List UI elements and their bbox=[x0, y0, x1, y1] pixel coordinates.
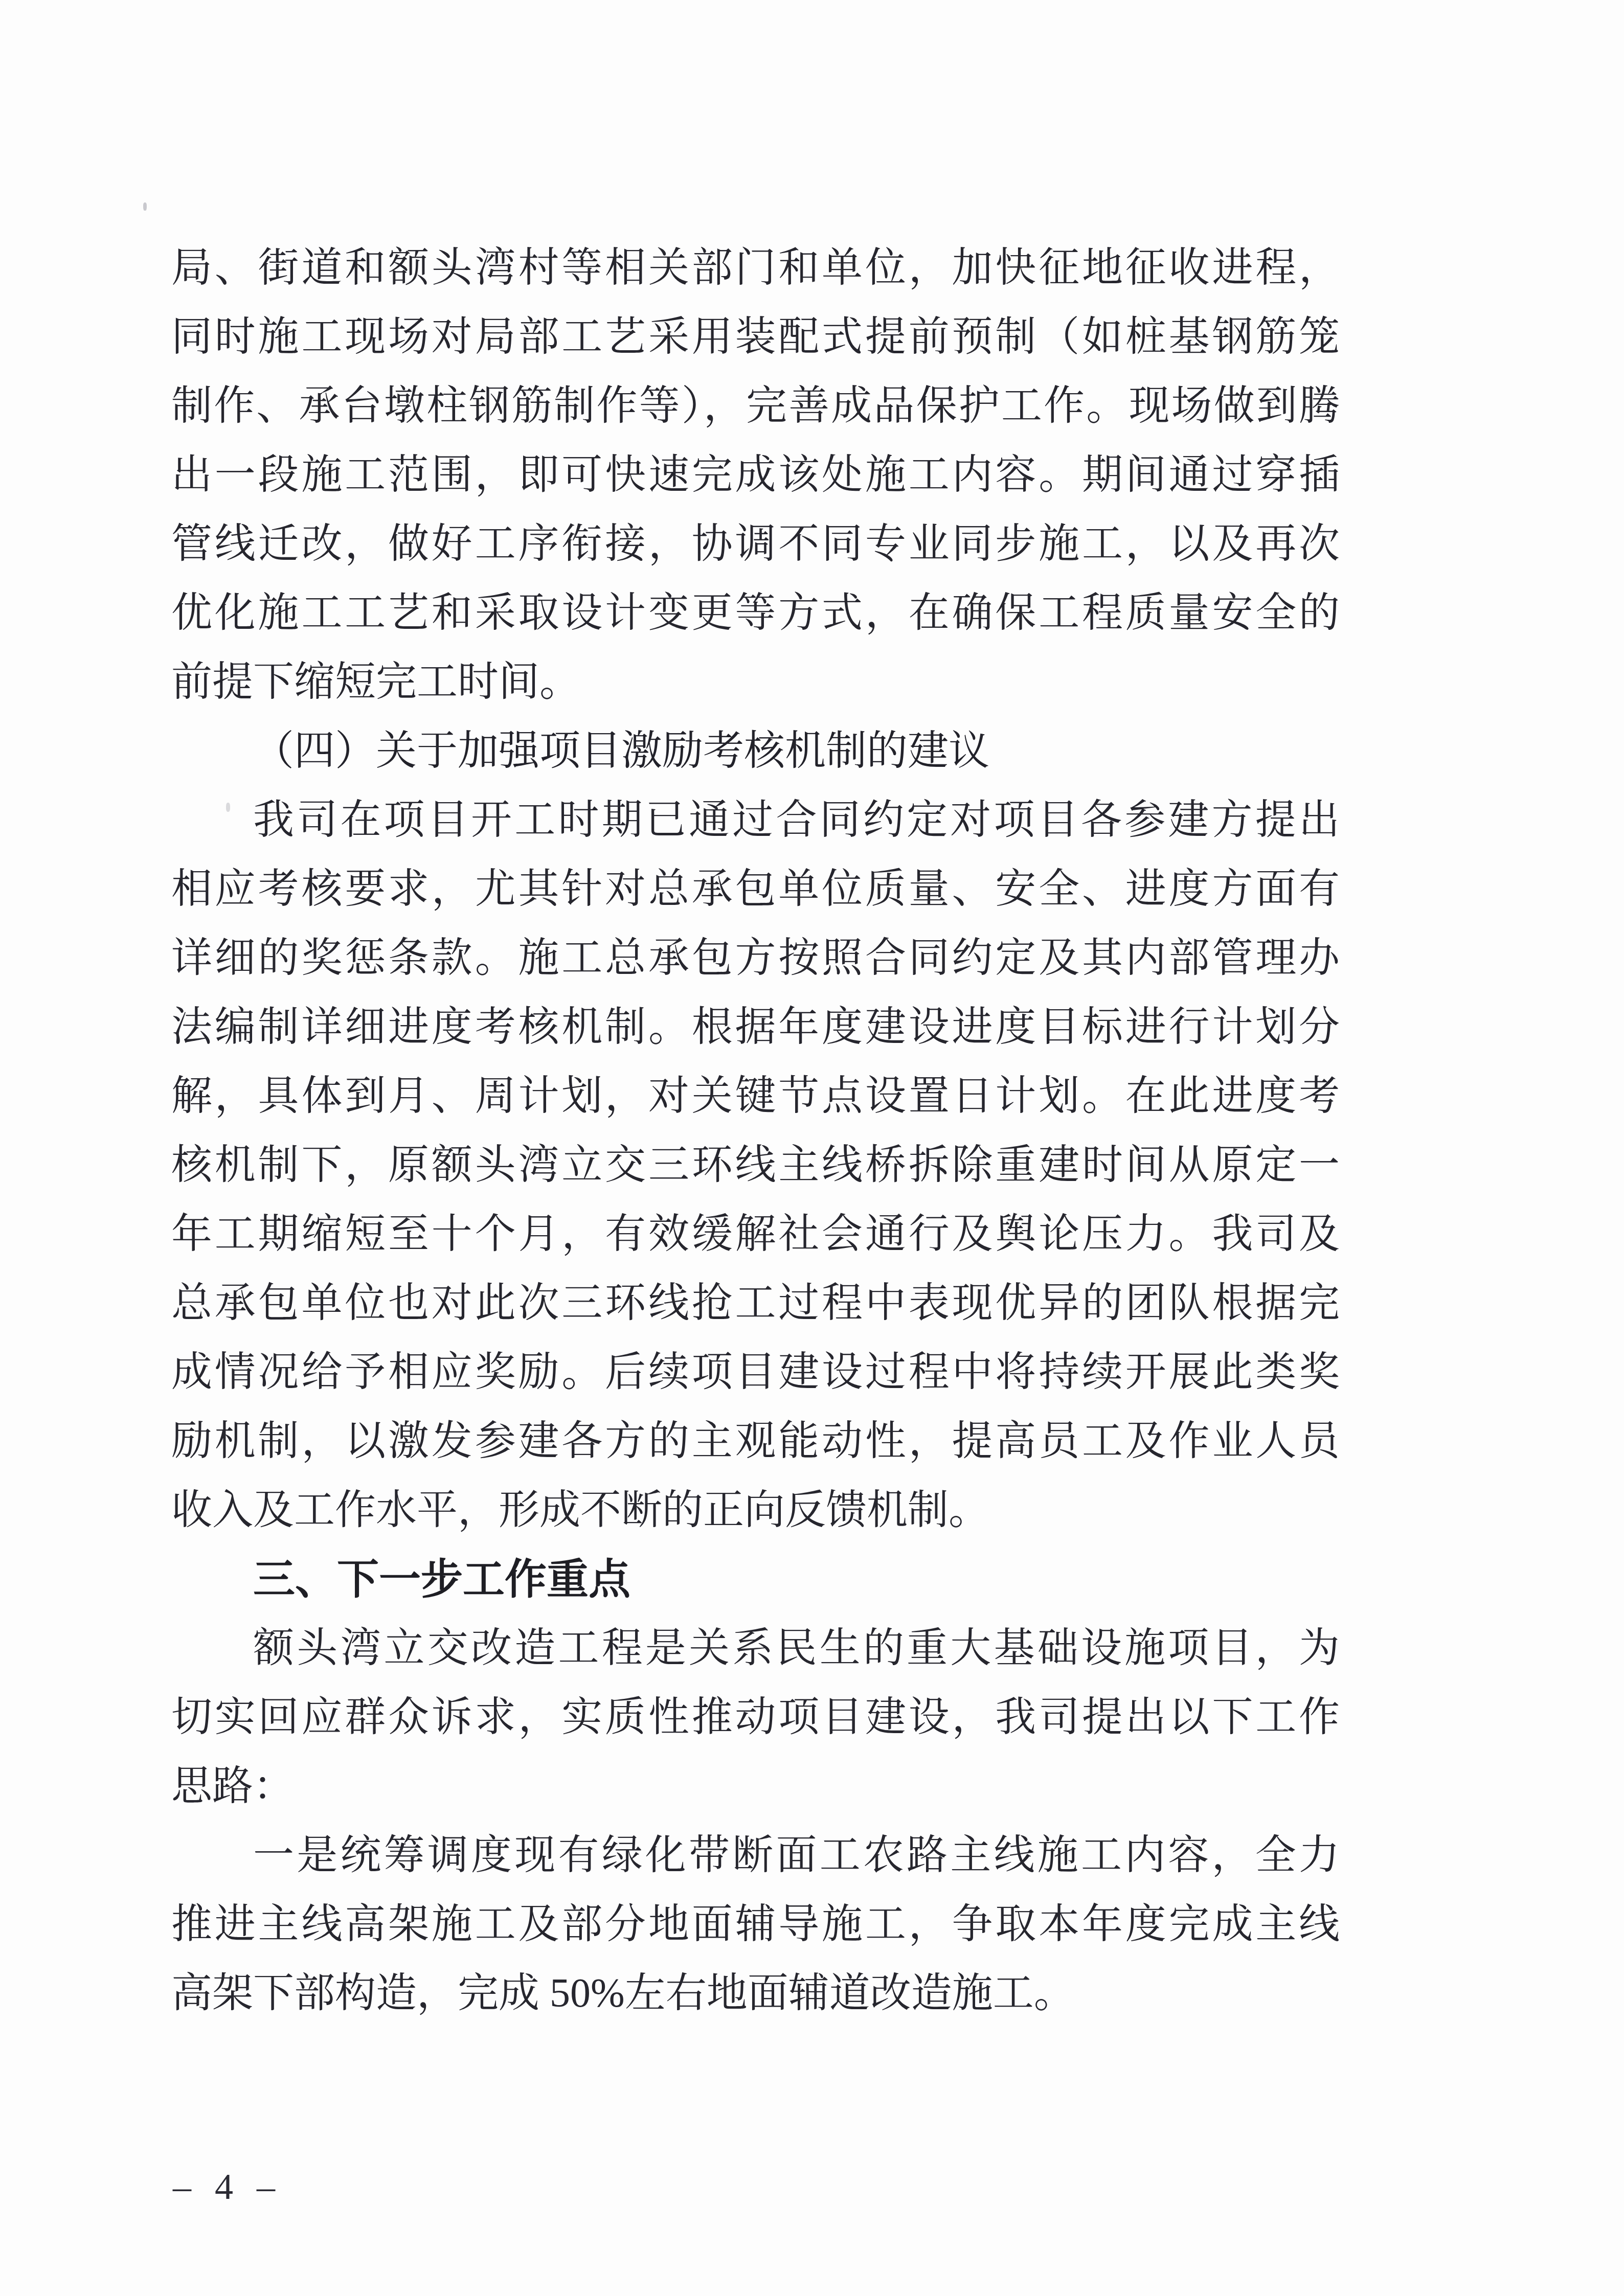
text-line: （四）关于加强项目激励考核机制的建议 bbox=[171, 717, 1340, 786]
text-line: 出一段施工范围，即可快速完成该处施工内容。期间通过穿插 bbox=[171, 441, 1340, 510]
document-content: 局、街道和额头湾村等相关部门和单位，加快征地征收进程，同时施工现场对局部工艺采用… bbox=[171, 234, 1340, 2028]
text-line: 额头湾立交改造工程是关系民生的重大基础设施项目，为 bbox=[171, 1614, 1340, 1683]
text-line: 相应考核要求，尤其针对总承包单位质量、安全、进度方面有 bbox=[171, 855, 1340, 924]
text-line: 励机制，以激发参建各方的主观能动性，提高员工及作业人员 bbox=[171, 1407, 1340, 1476]
text-line: 我司在项目开工时期已通过合同约定对项目各参建方提出 bbox=[171, 786, 1340, 855]
text-line: 切实回应群众诉求，实质性推动项目建设，我司提出以下工作 bbox=[171, 1683, 1340, 1752]
text-line: 一是统筹调度现有绿化带断面工农路主线施工内容，全力 bbox=[171, 1821, 1340, 1890]
text-line: 管线迁改，做好工序衔接，协调不同专业同步施工，以及再次 bbox=[171, 510, 1340, 579]
text-line: 思路： bbox=[171, 1752, 1340, 1821]
text-line: 法编制详细进度考核机制。根据年度建设进度目标进行计划分 bbox=[171, 993, 1340, 1062]
text-line: 年工期缩短至十个月，有效缓解社会通行及舆论压力。我司及 bbox=[171, 1200, 1340, 1269]
text-line: 核机制下，原额头湾立交三环线主线桥拆除重建时间从原定一 bbox=[171, 1131, 1340, 1200]
text-line: 局、街道和额头湾村等相关部门和单位，加快征地征收进程， bbox=[171, 234, 1340, 303]
scan-speck bbox=[143, 202, 147, 211]
text-line: 高架下部构造，完成 50%左右地面辅道改造施工。 bbox=[171, 1959, 1340, 2028]
text-line: 同时施工现场对局部工艺采用装配式提前预制（如桩基钢筋笼 bbox=[171, 303, 1340, 372]
text-line: 前提下缩短完工时间。 bbox=[171, 648, 1340, 717]
text-line: 推进主线高架施工及部分地面辅导施工，争取本年度完成主线 bbox=[171, 1890, 1340, 1959]
text-line: 解，具体到月、周计划，对关键节点设置日计划。在此进度考 bbox=[171, 1062, 1340, 1131]
text-line: 详细的奖惩条款。施工总承包方按照合同约定及其内部管理办 bbox=[171, 924, 1340, 993]
text-line: 优化施工工艺和采取设计变更等方式，在确保工程质量安全的 bbox=[171, 579, 1340, 648]
text-line: 成情况给予相应奖励。后续项目建设过程中将持续开展此类奖 bbox=[171, 1338, 1340, 1407]
document-page: 局、街道和额头湾村等相关部门和单位，加快征地征收进程，同时施工现场对局部工艺采用… bbox=[0, 0, 1624, 2296]
text-line: 三、下一步工作重点 bbox=[171, 1545, 1340, 1614]
text-line: 总承包单位也对此次三环线抢工过程中表现优异的团队根据完 bbox=[171, 1269, 1340, 1338]
text-line: 收入及工作水平，形成不断的正向反馈机制。 bbox=[171, 1476, 1340, 1545]
page-number: – 4 – bbox=[173, 2164, 282, 2210]
text-line: 制作、承台墩柱钢筋制作等），完善成品保护工作。现场做到腾 bbox=[171, 372, 1340, 441]
